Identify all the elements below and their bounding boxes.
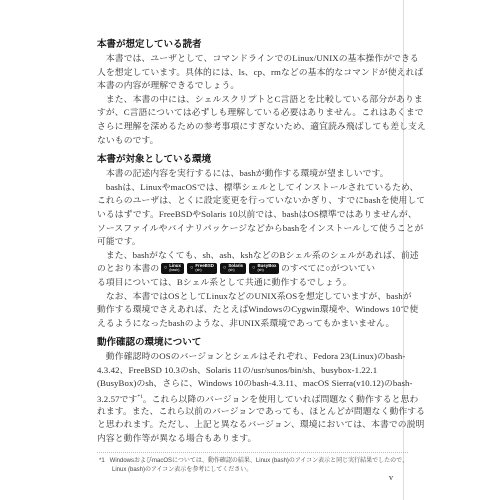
text-line: さらに理解を深めるための参考事項にすぎないため、適宜読み飛ばしても差し支え bbox=[97, 120, 408, 134]
platform-badge-busybox: ○BusyBox(sh) bbox=[249, 263, 279, 274]
text-line: いるはずです。FreeBSDやSolaris 10以前では、bashはOS標準で… bbox=[97, 208, 408, 222]
text-line: 本書の記述内容を実行するには、bashが動作する環境が望ましいです。 bbox=[97, 167, 408, 181]
footnote-text: Linux (bash)のアイコン表示を参考にしてください。 bbox=[99, 466, 408, 475]
text-line: ないものです。 bbox=[97, 134, 408, 148]
platform-badge-solaris: ○Solaris(sh) bbox=[220, 263, 246, 274]
text-line: すが、C言語については必ずしも理解している必要はありません。これはあくまで bbox=[97, 106, 408, 120]
text-line: 3.2.57です*1。これら以降のバージョンを使用していれば問題なく動作すると思… bbox=[97, 391, 408, 405]
footnote-separator bbox=[97, 452, 408, 453]
text-line: 動作する環境でさえあれば、たとえばWindowsのCygwin環境や、Windo… bbox=[97, 303, 408, 317]
text-line: また、bashがなくても、sh、ash、kshなどのBシェル系のシェルがあれば、… bbox=[97, 249, 408, 263]
circle-mark-icon: ○ bbox=[190, 266, 193, 272]
footnote-text: WindowsおよびmacOSについては、動作確認の結果、Linux (bash… bbox=[110, 458, 408, 464]
footnote-line: *1WindowsおよびmacOSについては、動作確認の結果、Linux (ba… bbox=[99, 457, 408, 466]
badge-shell: (sh) bbox=[257, 269, 276, 273]
footnote: *1WindowsおよびmacOSについては、動作確認の結果、Linux (ba… bbox=[99, 457, 408, 474]
text-segment: のとおり本書の bbox=[97, 263, 159, 273]
badge-shell: (bash) bbox=[169, 269, 181, 273]
section-heading: 本書が想定している読者 bbox=[97, 38, 408, 52]
text-line: と思われます。ただし、上記と異なるバージョン、環境においては、本書での説明 bbox=[97, 418, 408, 432]
platform-badge-linux: ○Linux(bash) bbox=[161, 263, 184, 274]
text-line: bashは、LinuxやmacOSでは、標準シェルとしてインストールされているた… bbox=[97, 181, 408, 195]
circle-mark-icon: ○ bbox=[164, 266, 167, 272]
badge-labels: Linux(bash) bbox=[169, 264, 181, 273]
text-line: なお、本書ではOSとしてLinuxなどのUNIX系OSを想定していますが、bas… bbox=[97, 290, 408, 304]
text-line: 4.3.42、FreeBSD 10.3のsh、Solaris 11の/usr/s… bbox=[97, 364, 408, 378]
text-line: (BusyBox)のsh、さらに、Windows 10のbash-4.3.11、… bbox=[97, 377, 408, 391]
badge-shell: (sh) bbox=[195, 269, 214, 273]
badge-labels: FreeBSD(sh) bbox=[195, 264, 214, 273]
text-segment: のすべてに○がついてい bbox=[281, 263, 375, 273]
book-page: 本書が想定している読者 本書では、ユーザとして、コマンドラインでのLinux/U… bbox=[0, 0, 500, 500]
badge-shell: (sh) bbox=[228, 269, 243, 273]
text-line: 本書の内容が理解できるでしょう。 bbox=[97, 79, 408, 93]
text-line: これらのユーザは、とくに設定変更を行っていないかぎり、すでにbashを使用して bbox=[97, 194, 408, 208]
circle-mark-icon: ○ bbox=[223, 266, 226, 272]
section-heading: 動作確認の環境について bbox=[97, 336, 408, 350]
text-line: えるようになったbashのような、非UNIX系環境であってもかまいません。 bbox=[97, 317, 408, 331]
text-line: 可能です。 bbox=[97, 235, 408, 249]
footnote-marker: *1 bbox=[99, 458, 105, 464]
text-line: 本書では、ユーザとして、コマンドラインでのLinux/UNIXの基本操作ができる bbox=[97, 52, 408, 66]
platform-badge-freebsd: ○FreeBSD(sh) bbox=[187, 263, 217, 274]
text-line: ソースファイルやバイナリパッケージなどからbashをインストールして使うことが bbox=[97, 222, 408, 236]
text-segment: 。これら以降のバージョンを使用していれば問題なく動作すると思わ bbox=[143, 394, 418, 404]
page-number: v bbox=[384, 472, 398, 482]
page-content: 本書が想定している読者 本書では、ユーザとして、コマンドラインでのLinux/U… bbox=[97, 38, 408, 445]
badge-labels: Solaris(sh) bbox=[228, 264, 243, 273]
text-line: る項目については、Bシェル系として共通に動作するでしょう。 bbox=[97, 276, 408, 290]
section-heading: 本書が対象としている環境 bbox=[97, 153, 408, 167]
text-segment: 3.2.57です bbox=[97, 394, 137, 404]
text-line: また、本書の中には、シェルスクリプトとC言語とを比較している部分がありま bbox=[97, 93, 408, 107]
text-line: 動作確認時のOSのバージョンとシェルはそれぞれ、Fedora 23(Linux)… bbox=[97, 350, 408, 364]
text-line: 内容と動作等が異なる場合もあります。 bbox=[97, 432, 408, 446]
text-line: れます。また、これら以前のバージョンであっても、ほとんどが問題なく動作する bbox=[97, 405, 408, 419]
circle-mark-icon: ○ bbox=[252, 266, 255, 272]
text-line: のとおり本書の○Linux(bash)○FreeBSD(sh)○Solaris(… bbox=[97, 262, 408, 276]
badge-labels: BusyBox(sh) bbox=[257, 264, 276, 273]
text-line: 人を想定しています。具体的には、ls、cp、rmなどの基本的なコマンドが使えれば bbox=[97, 66, 408, 80]
